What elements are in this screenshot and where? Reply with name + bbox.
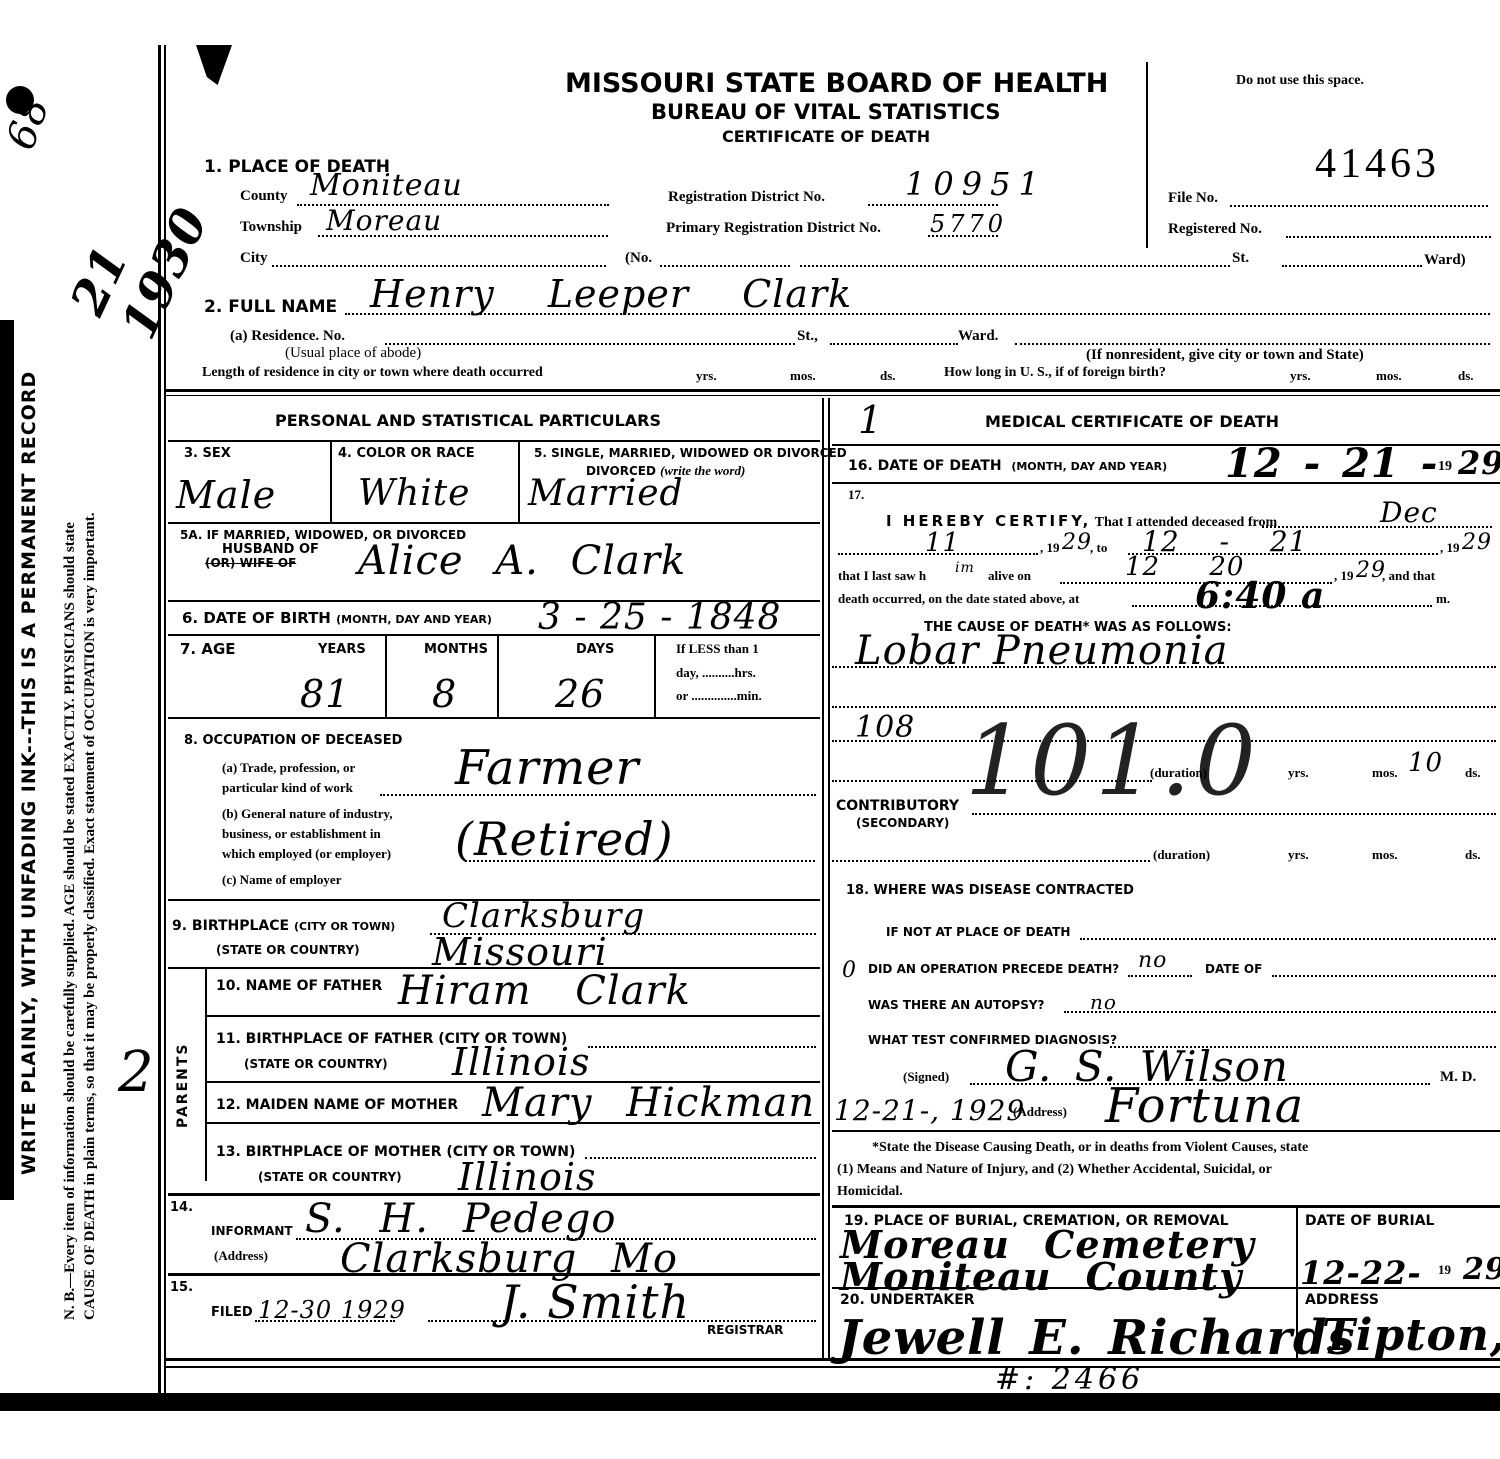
office-box-divider	[1146, 62, 1148, 248]
date-of-death-year: 29	[1458, 444, 1500, 482]
age-months-value: 8	[432, 672, 457, 716]
birthplace-label: 9. BIRTHPLACE (CITY OR TOWN)	[172, 918, 395, 934]
form-left-border-inner	[164, 45, 166, 1393]
father-birthplace-city-field[interactable]	[588, 1046, 816, 1048]
race-label: 4. COLOR OR RACE	[338, 446, 475, 461]
operation-value: no	[1138, 948, 1167, 973]
mother-birthplace-city-field[interactable]	[585, 1157, 816, 1159]
year-prefix-1: 19	[1047, 540, 1060, 555]
birthplace-city-note: (CITY OR TOWN)	[294, 920, 395, 933]
registration-district-field[interactable]	[868, 204, 998, 206]
occupation-b-label-2: business, or establishment in	[222, 826, 381, 842]
received-stamp-date: 21 1930	[60, 175, 220, 347]
and-that-label: , and that	[1382, 568, 1435, 584]
duration-mos-2: mos.	[1372, 847, 1398, 863]
spouse-value: Alice A. Clark	[358, 538, 686, 584]
dob-label-text: 6. DATE OF BIRTH	[182, 609, 331, 627]
informant-address-label: (Address)	[214, 1248, 268, 1264]
attended-to-year-prefix: , 19	[1440, 540, 1460, 556]
disease-contracted-label: 18. WHERE WAS DISEASE CONTRACTED	[846, 883, 1134, 898]
contributory-field[interactable]	[972, 813, 1496, 815]
disease-contracted-field[interactable]	[1080, 938, 1496, 940]
attended-to-year: 29	[1462, 530, 1492, 555]
sex-label: 3. SEX	[184, 446, 231, 461]
office-use-note: Do not use this space.	[1236, 73, 1364, 89]
age-days-value: 26	[555, 672, 605, 716]
birthplace-state-label: (STATE OR COUNTRY)	[216, 943, 360, 957]
father-name-label: 10. NAME OF FATHER	[216, 978, 382, 994]
duration-days-value: 10	[1408, 748, 1443, 778]
left-margin: 68 21 1930 WRITE PLAINLY, WITH UNFADING …	[0, 0, 160, 1459]
father-birthplace-state-label: (STATE OR COUNTRY)	[244, 1057, 388, 1071]
sex-race-divider	[330, 442, 332, 524]
alive-on-label: alive on	[988, 568, 1031, 584]
burial-date-year-prefix: 19	[1438, 1262, 1451, 1278]
board-title: MISSOURI STATE BOARD OF HEALTH	[565, 68, 1108, 99]
last-saw-pronoun: im	[955, 560, 975, 576]
license-number: #: 2466	[995, 1362, 1144, 1397]
duration-line-1[interactable]	[832, 780, 1152, 782]
age-months-label: MONTHS	[424, 642, 488, 657]
operation-date-label: DATE OF	[1205, 962, 1262, 976]
marital-label: 5. SINGLE, MARRIED, WIDOWED OR DIVORCED	[534, 446, 847, 460]
margin-mark: 2	[118, 1040, 155, 1105]
usual-abode-note: (Usual place of abode)	[285, 345, 421, 362]
age-years-divider	[385, 636, 387, 718]
marital-value: Married	[528, 473, 684, 514]
burial-date-label: DATE OF BURIAL	[1305, 1213, 1434, 1229]
date-of-death-note: (MONTH, DAY AND YEAR)	[1011, 460, 1167, 473]
birthplace-label-text: 9. BIRTHPLACE	[172, 918, 289, 934]
medical-margin-mark: 1	[858, 398, 883, 442]
operation-field[interactable]	[1128, 975, 1192, 977]
filed-number: 15.	[170, 1280, 193, 1295]
duration-mos-1: mos.	[1372, 765, 1398, 781]
occupation-a-label-2: particular kind of work	[222, 780, 353, 796]
occupation-b-value: (Retired)	[455, 812, 674, 866]
form-name: CERTIFICATE OF DEATH	[722, 127, 930, 146]
duration-yrs-2: yrs.	[1288, 847, 1309, 863]
duration-ds-1: ds.	[1465, 765, 1481, 781]
cause-line-1[interactable]	[832, 666, 1496, 668]
mother-birthplace-state-label: (STATE OR COUNTRY)	[258, 1170, 402, 1184]
age-years-label: YEARS	[318, 642, 366, 657]
residence-label: (a) Residence. No.	[230, 328, 345, 345]
parents-divider	[205, 969, 207, 1181]
dob-note: (MONTH, DAY AND YEAR)	[336, 613, 492, 626]
age-row-rule	[168, 717, 820, 719]
center-divider-inner	[828, 398, 830, 1358]
footnote-line-3: Homicidal.	[837, 1184, 903, 1200]
date-of-death-label-text: 16. DATE OF DEATH	[848, 458, 1002, 474]
nb-note-line-2: CAUSE OF DEATH in plain terms, so that i…	[82, 513, 99, 1320]
footnote-line-1: *State the Disease Causing Death, or in …	[872, 1140, 1308, 1156]
less-than-minutes: or ..............min.	[676, 688, 762, 704]
file-no-field[interactable]	[1230, 205, 1488, 207]
ward-label: Ward)	[1424, 252, 1466, 269]
nb-note-line-1: N. B.—Every item of information should b…	[62, 522, 79, 1320]
foreign-yrs: yrs.	[1290, 368, 1311, 384]
full-name-label: 2. FULL NAME	[204, 297, 337, 317]
residence-st-label: St.,	[797, 328, 818, 345]
attended-from-year-prefix: , 19	[1040, 540, 1060, 556]
certify-number: 17.	[848, 487, 864, 503]
medical-section-title: MEDICAL CERTIFICATE OF DEATH	[985, 412, 1279, 431]
undertaker-label: 20. UNDERTAKER	[840, 1292, 975, 1308]
date-of-death-rule	[832, 482, 1500, 484]
operation-label: DID AN OPERATION PRECEDE DEATH?	[868, 962, 1119, 976]
physician-section-rule	[832, 1130, 1500, 1132]
age-days-label: DAYS	[576, 642, 614, 657]
attended-from-month: Dec	[1380, 496, 1438, 529]
registered-no-field[interactable]	[1286, 236, 1491, 238]
residence-length-label: Length of residence in city or town wher…	[202, 365, 543, 381]
personal-title-rule	[168, 440, 820, 442]
filed-date-value: 12-30 1929	[258, 1296, 406, 1324]
county-value: Moniteau	[310, 168, 463, 203]
undertaker-address-value: Tipton, Mo	[1322, 1310, 1500, 1361]
occupation-a-label-1: (a) Trade, profession, or	[222, 760, 355, 776]
foreign-birth-label: How long in U. S., if of foreign birth?	[944, 365, 1166, 381]
year-prefix-3: 19	[1341, 568, 1354, 583]
township-value: Moreau	[326, 204, 442, 237]
and-that-text: and that	[1389, 568, 1436, 583]
occupation-label: 8. OCCUPATION OF DECEASED	[184, 733, 402, 748]
year-prefix-2: 19	[1447, 540, 1460, 555]
stamped-file-number: 41463	[1315, 140, 1440, 188]
physician-address-value: Fortuna	[1105, 1078, 1304, 1134]
residence-ward-label: Ward.	[958, 328, 998, 345]
informant-number: 14.	[170, 1200, 193, 1215]
duration-label-2: (duration)	[1153, 847, 1210, 863]
registration-district-value: 10951	[905, 165, 1047, 203]
bureau-subtitle: BUREAU OF VITAL STATISTICS	[651, 100, 1001, 124]
autopsy-value: no	[1090, 990, 1117, 1014]
township-label: Township	[240, 219, 302, 236]
am-pm-suffix: m.	[1436, 591, 1450, 607]
residence-ds: ds.	[880, 368, 896, 384]
father-birthplace-state-value: Illinois	[452, 1040, 590, 1084]
attended-from-year: 29	[1062, 530, 1092, 555]
undertaker-address-label: ADDRESS	[1305, 1292, 1379, 1308]
signed-label: (Signed)	[903, 1069, 949, 1085]
foreign-ds: ds.	[1458, 368, 1474, 384]
occupation-a-value: Farmer	[455, 740, 639, 796]
physician-address-label: (Address)	[1013, 1104, 1067, 1120]
death-occurred-label: death occurred, on the date stated above…	[838, 591, 1079, 607]
secondary-label: (SECONDARY)	[856, 816, 949, 830]
occupation-b-label-1: (b) General nature of industry,	[222, 806, 393, 822]
nonresident-note: (If nonresident, give city or town and S…	[1086, 347, 1364, 364]
spouse-label-3: (OR) WIFE OF	[205, 556, 296, 570]
residence-no-field[interactable]	[385, 343, 795, 345]
header-divider	[166, 389, 1500, 392]
classification-code-stamp: 101.0	[965, 705, 1260, 817]
autopsy-label: WAS THERE AN AUTOPSY?	[868, 998, 1045, 1012]
form-bottom-rule	[166, 1358, 1500, 1361]
last-saw-label: that I last saw h	[838, 568, 926, 584]
registration-district-label: Registration District No.	[668, 189, 825, 206]
mother-name-label: 12. MAIDEN NAME OF MOTHER	[216, 1097, 458, 1113]
street-label: St.	[1232, 250, 1249, 267]
form-bottom-rule-2	[166, 1366, 1500, 1368]
informant-row-rule	[168, 1273, 820, 1276]
residence-yrs: yrs.	[696, 368, 717, 384]
date-of-death-label: 16. DATE OF DEATH (MONTH, DAY AND YEAR)	[848, 458, 1167, 474]
less-than-label: If LESS than 1	[676, 641, 759, 657]
occupation-b-label-3: which employed (or employer)	[222, 846, 391, 862]
personal-section-title: PERSONAL AND STATISTICAL PARTICULARS	[275, 411, 661, 430]
contributory-line-2[interactable]	[832, 860, 1150, 862]
dob-row-rule	[168, 634, 820, 636]
full-name-value: Henry Leeper Clark	[370, 272, 852, 316]
date-of-death-value: 12 - 21 -	[1225, 440, 1438, 487]
primary-registration-value: 5770	[930, 210, 1007, 238]
occupation-c-label: (c) Name of employer	[222, 872, 341, 888]
md-label: M. D.	[1440, 1069, 1476, 1086]
street-field[interactable]	[800, 265, 1230, 267]
dob-label: 6. DATE OF BIRTH (MONTH, DAY AND YEAR)	[182, 609, 492, 627]
age-months-divider	[497, 636, 499, 718]
nonresident-field[interactable]	[1015, 343, 1490, 345]
burial-date-year: 29	[1463, 1252, 1500, 1287]
residence-mos: mos.	[790, 368, 816, 384]
attended-from-day: 11	[925, 528, 960, 558]
father-name-value: Hiram Clark	[398, 968, 691, 1014]
footnote-line-2: (1) Means and Nature of Injury, and (2) …	[837, 1162, 1272, 1178]
registered-no-label: Registered No.	[1168, 221, 1262, 238]
informant-label: INFORMANT	[211, 1224, 293, 1238]
form-left-border	[158, 45, 161, 1393]
sex-value: Male	[176, 473, 276, 517]
contributory-label: CONTRIBUTORY	[836, 798, 959, 814]
filed-label: FILED	[211, 1305, 253, 1320]
death-time-value: 6:40 a	[1195, 575, 1325, 617]
street-no-label: (No.	[625, 250, 652, 267]
street-no-field[interactable]	[660, 265, 790, 267]
dob-value: 3 - 25 - 1848	[538, 597, 781, 638]
race-marital-divider	[518, 442, 520, 524]
race-value: White	[358, 473, 470, 514]
registrar-label: REGISTRAR	[707, 1323, 783, 1337]
registrar-signature: J. Smith	[500, 1275, 690, 1329]
foreign-mos: mos.	[1376, 368, 1402, 384]
marital-row-rule	[168, 522, 820, 524]
file-no-label: File No.	[1168, 190, 1218, 207]
city-field[interactable]	[272, 265, 606, 267]
spouse-label-2: HUSBAND OF	[222, 542, 319, 557]
permanent-record-notice: WRITE PLAINLY, WITH UNFADING INK---THIS …	[18, 371, 40, 1175]
mother-name-value: Mary Hickman	[482, 1080, 815, 1126]
age-days-divider	[654, 636, 656, 718]
header-divider-thin	[166, 395, 1500, 396]
to-label: to	[1097, 540, 1108, 555]
operation-mark: 0	[842, 958, 857, 983]
parents-label: PARENTS	[175, 1042, 191, 1128]
last-saw-year-prefix: , 19	[1334, 568, 1354, 584]
county-label: County	[240, 188, 288, 205]
physician-sign-date: 12-21-, 1929	[834, 1094, 1025, 1127]
autopsy-field[interactable]	[1064, 1011, 1496, 1013]
duration-ds-2: ds.	[1465, 847, 1481, 863]
ink-mark	[196, 45, 232, 85]
center-divider	[822, 398, 824, 1358]
ward-field[interactable]	[1282, 265, 1422, 267]
margin-ink-bar	[0, 320, 14, 1200]
date-of-death-year-prefix: 19	[1438, 459, 1452, 475]
not-at-place-label: IF NOT AT PLACE OF DEATH	[886, 925, 1070, 939]
father-row-rule	[207, 1015, 820, 1017]
less-than-hours: day, ..........hrs.	[676, 665, 756, 681]
footnote-rule	[832, 1205, 1500, 1208]
attended-to-label: , to	[1090, 540, 1107, 556]
city-label: City	[240, 250, 268, 267]
mother-row-rule	[207, 1122, 820, 1124]
age-years-value: 81	[300, 672, 350, 716]
primary-registration-label: Primary Registration District No.	[666, 220, 881, 237]
residence-ward-field[interactable]	[830, 343, 958, 345]
scan-edge-bottom	[0, 1393, 1500, 1411]
burial-row-rule	[832, 1287, 1500, 1289]
duration-label-1: (duration)	[1150, 765, 1207, 781]
operation-date-field[interactable]	[1272, 975, 1496, 977]
age-label: 7. AGE	[180, 640, 236, 658]
duration-yrs-1: yrs.	[1288, 765, 1309, 781]
